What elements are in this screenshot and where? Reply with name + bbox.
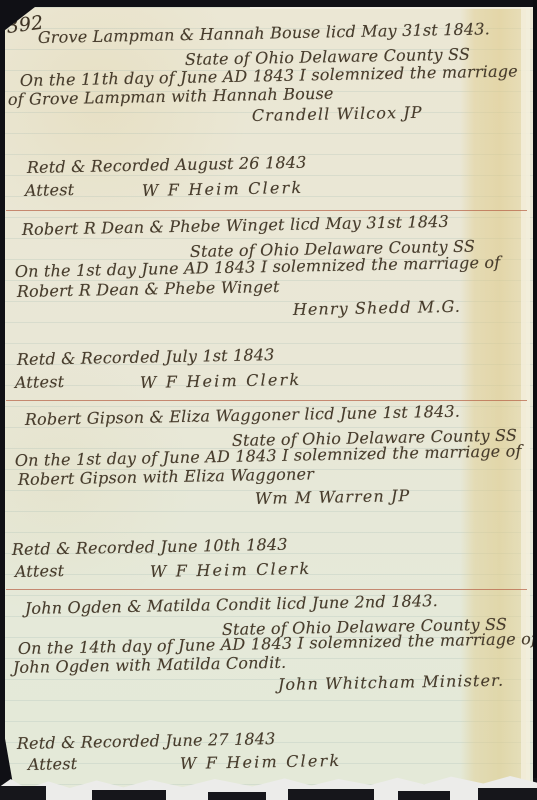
- separator-rule: [6, 210, 527, 211]
- clerk-signature: W F Heim Clerk: [142, 180, 304, 199]
- backing-top-edge: [0, 0, 537, 7]
- officiant-signature: John Whitcham Minister.: [278, 673, 505, 693]
- clerk-signature: W F Heim Clerk: [180, 753, 342, 772]
- attest-label: Attest: [15, 563, 65, 580]
- ledger-page-scan: 392 Grove Lampman & Hannah Bouse licd Ma…: [0, 0, 537, 800]
- backing-blotch: [208, 792, 266, 800]
- attest-label: Attest: [25, 182, 75, 199]
- officiant-signature: Henry Shedd M.G.: [293, 299, 461, 318]
- backing-blotch: [288, 789, 374, 800]
- officiant-signature: Crandell Wilcox JP: [252, 105, 423, 124]
- separator-rule: [6, 589, 527, 590]
- attest-label: Attest: [15, 374, 65, 391]
- backing-left-edge: [0, 0, 5, 778]
- backing-blotch: [478, 788, 537, 800]
- backing-blotch: [92, 790, 166, 800]
- clerk-signature: W F Heim Clerk: [140, 372, 302, 391]
- backing-right-edge: [533, 0, 537, 778]
- officiant-signature: Wm M Warren JP: [255, 488, 411, 507]
- attest-label: Attest: [28, 756, 78, 773]
- page-edge-light: [521, 0, 530, 793]
- backing-blotch: [0, 786, 46, 800]
- backing-blotch: [398, 791, 450, 800]
- clerk-signature: W F Heim Clerk: [150, 561, 312, 580]
- page-top-highlight: [250, 7, 533, 9]
